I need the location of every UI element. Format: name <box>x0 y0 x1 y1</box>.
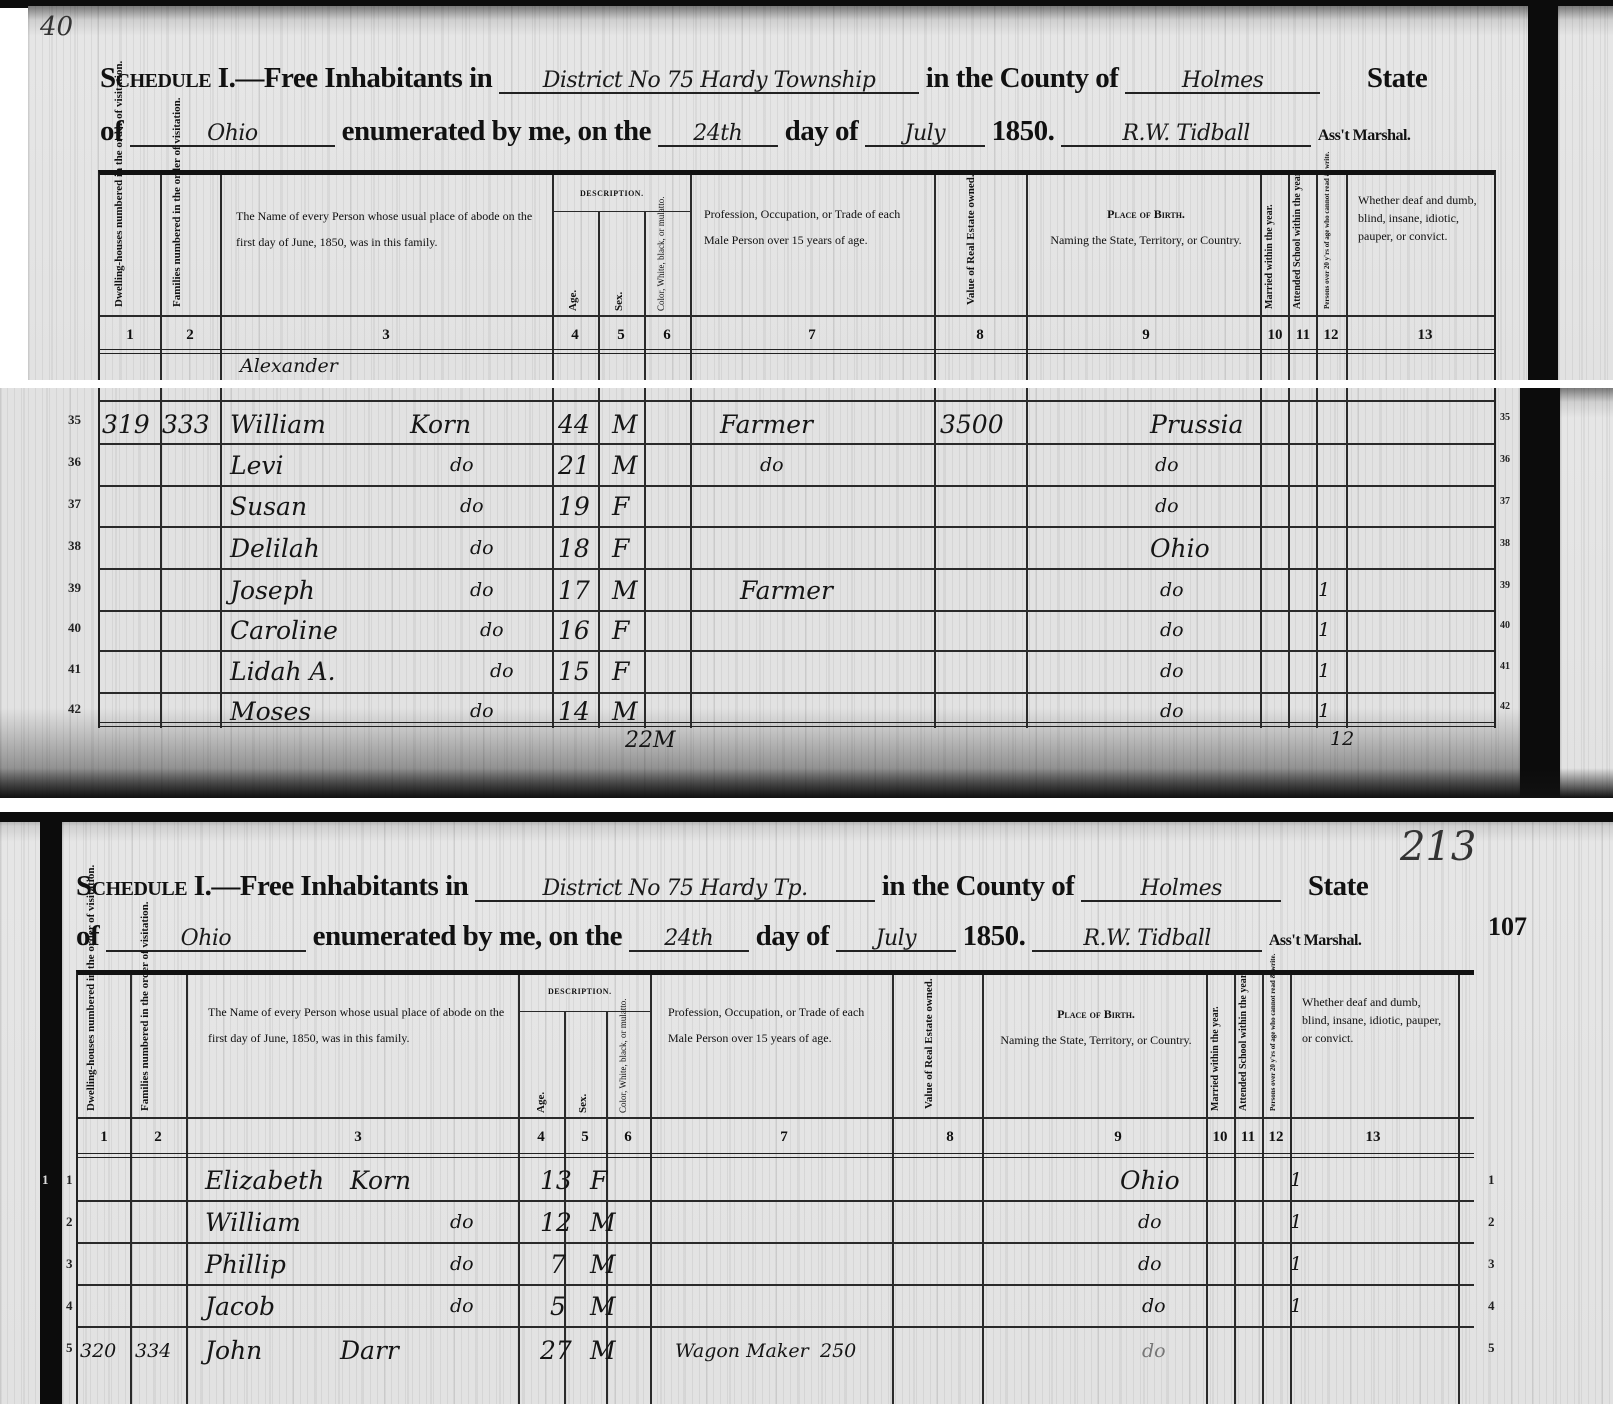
state-label: State <box>1367 62 1427 94</box>
line-number: 2 <box>66 1214 73 1230</box>
birthplace: do <box>1160 579 1184 601</box>
col-num-6: 6 <box>657 327 677 344</box>
person-age: 21 <box>558 451 590 480</box>
person-sex: M <box>590 1208 616 1237</box>
month-field: July <box>836 927 956 952</box>
line-number: 39 <box>68 580 81 596</box>
header-color: Color, White, black, or mulatto. <box>618 1015 629 1113</box>
schedule-title-line-1: Schedule I.—Free Inhabitants in District… <box>76 870 1368 903</box>
line-number: 38 <box>68 538 81 554</box>
header-occupation: Profession, Occupation, or Trade of each… <box>668 999 883 1051</box>
marshal-field: R.W. Tidball <box>1061 122 1311 147</box>
line-number-right: 41 <box>1500 661 1510 672</box>
col-num-11: 11 <box>1235 1129 1261 1146</box>
person-surname: Korn <box>350 1166 411 1195</box>
person-age: 16 <box>558 616 590 645</box>
header-married: Married within the year. <box>1210 985 1221 1111</box>
person-occupation: do <box>760 454 784 476</box>
line-number: 37 <box>68 496 81 512</box>
birthplace: do <box>1155 454 1179 476</box>
ditto-mark: do <box>450 1253 474 1275</box>
school-mark: 1 <box>1290 1211 1302 1233</box>
marshal-label: Ass't Marshal. <box>1269 932 1362 949</box>
line-number: 5 <box>66 1340 73 1356</box>
bottom-page-strip: 213 107 Schedule I.—Free Inhabitants in … <box>0 812 1613 1404</box>
day-field: 24th <box>658 122 778 147</box>
dwelling-number: 320 <box>80 1340 116 1362</box>
header-families: Families numbered in the order of visita… <box>140 989 151 1111</box>
header-sex: Sex. <box>614 267 625 311</box>
county-label: in the County of <box>882 870 1075 902</box>
col-num-13: 13 <box>1412 327 1438 344</box>
person-name: Susan <box>230 492 307 521</box>
strip-separator <box>0 798 1613 812</box>
enumerated-label: enumerated by me, on the <box>313 920 622 952</box>
year-label: 1850. <box>963 920 1026 952</box>
birthplace: do <box>1142 1340 1166 1362</box>
tally-age-sex: 22M <box>625 728 676 753</box>
person-name: Elizabeth <box>205 1166 324 1195</box>
person-age: 5 <box>550 1292 566 1321</box>
line-number: 42 <box>68 701 81 717</box>
county-label: in the County of <box>926 62 1119 94</box>
birthplace: do <box>1160 700 1184 722</box>
person-name: Lidah A. <box>230 657 336 686</box>
person-age: 7 <box>550 1250 566 1279</box>
col-num-1: 1 <box>94 1129 114 1146</box>
header-real-estate: Value of Real Estate owned. <box>966 185 977 305</box>
marshal-label: Ass't Marshal. <box>1318 127 1411 144</box>
line-number-right: 37 <box>1500 496 1510 507</box>
line-number-right: 4 <box>1488 1298 1495 1314</box>
school-mark: 1 <box>1290 1295 1302 1317</box>
person-name: William <box>230 410 326 439</box>
line-number-right: 1 <box>1488 1172 1495 1188</box>
adjacent-page-edge <box>1558 6 1613 380</box>
real-estate-value: 250 <box>820 1340 856 1362</box>
person-sex: F <box>612 657 629 686</box>
school-mark: 1 <box>1318 619 1330 641</box>
col-num-2: 2 <box>148 1129 168 1146</box>
person-sex: M <box>612 410 638 439</box>
person-name: Caroline <box>230 616 338 645</box>
corner-note: 40 <box>40 12 73 42</box>
previous-page-edge <box>0 812 40 1404</box>
enumerated-label: enumerated by me, on the <box>342 115 651 147</box>
person-name: John <box>205 1336 262 1365</box>
header-dwelling-houses: Dwelling-houses numbered in the order of… <box>114 187 125 307</box>
birthplace: do <box>1160 660 1184 682</box>
school-mark: 1 <box>1290 1253 1302 1275</box>
place-of-birth-desc: Naming the State, Territory, or Country. <box>1046 227 1246 253</box>
real-estate-value: 3500 <box>940 410 1004 439</box>
col-num-7: 7 <box>774 1129 794 1146</box>
page-gutter <box>1528 0 1558 380</box>
birthplace: Ohio <box>1120 1166 1180 1195</box>
col-num-9: 9 <box>1136 327 1156 344</box>
family-number: 334 <box>135 1340 171 1362</box>
birthplace: Ohio <box>1150 534 1210 563</box>
person-name: William <box>205 1208 301 1237</box>
day-of-label: day of <box>785 115 859 147</box>
line-number-right: 39 <box>1500 580 1510 591</box>
person-sex: F <box>612 534 629 563</box>
page-stamp: 213 <box>1400 824 1476 870</box>
county-field: Holmes <box>1125 69 1320 94</box>
ditto-mark: do <box>470 579 494 601</box>
person-sex: M <box>612 451 638 480</box>
free-inhabitants-label: —Free Inhabitants in <box>211 870 468 902</box>
top-page-header-strip: 40 Schedule I.—Free Inhabitants in Distr… <box>0 0 1613 380</box>
birthplace: do <box>1155 495 1179 517</box>
person-name: Jacob <box>205 1292 275 1321</box>
state-field: Ohio <box>106 927 306 952</box>
line-number: 4 <box>66 1298 73 1314</box>
person-surname: Darr <box>340 1336 399 1365</box>
partial-row-name: Alexander <box>240 355 338 377</box>
page-gutter <box>40 812 62 1404</box>
person-sex: F <box>612 492 629 521</box>
birthplace: do <box>1138 1253 1162 1275</box>
birthplace: Prussia <box>1150 410 1243 439</box>
header-real-estate: Value of Real Estate owned. <box>924 985 935 1109</box>
col-num-8: 8 <box>970 327 990 344</box>
district-field: District No 75 Hardy Tp. <box>475 877 875 902</box>
middle-rows-strip: 35 36 37 38 39 40 41 42 35 36 37 38 39 4… <box>0 388 1613 798</box>
school-mark: 1 <box>1318 700 1330 722</box>
person-sex: F <box>590 1166 607 1195</box>
school-mark: 1 <box>1318 660 1330 682</box>
ditto-mark: do <box>480 619 504 641</box>
header-color: Color, White, black, or mulatto. <box>656 215 667 311</box>
ditto-mark: do <box>460 495 484 517</box>
ditto-mark: do <box>450 454 474 476</box>
col-num-3: 3 <box>348 1129 368 1146</box>
person-age: 13 <box>540 1166 572 1195</box>
person-name: Joseph <box>230 576 315 605</box>
place-of-birth-title: Place of Birth. <box>1046 201 1246 227</box>
birthplace: do <box>1142 1295 1166 1317</box>
ditto-mark: do <box>450 1211 474 1233</box>
free-inhabitants-label: —Free Inhabitants in <box>235 62 492 94</box>
person-sex: M <box>590 1336 616 1365</box>
person-age: 15 <box>558 657 590 686</box>
person-occupation: Farmer <box>740 576 833 605</box>
day-of-label: day of <box>756 920 830 952</box>
state-field: Ohio <box>130 122 335 147</box>
page-margin-right <box>1532 812 1613 1404</box>
line-number-right: 5 <box>1488 1340 1495 1356</box>
scan-shadow <box>0 768 1613 798</box>
month-field: July <box>865 122 985 147</box>
header-description: DESCRIPTION. <box>548 987 612 996</box>
col-num-12: 12 <box>1263 1129 1289 1146</box>
line-number-right: 40 <box>1500 620 1510 631</box>
col-num-1: 1 <box>120 327 140 344</box>
person-age: 14 <box>558 697 590 726</box>
header-place-of-birth: Place of Birth. Naming the State, Territ… <box>1046 201 1246 253</box>
state-label: State <box>1308 870 1368 902</box>
place-of-birth-desc: Naming the State, Territory, or Country. <box>996 1027 1196 1053</box>
line-number-right: 2 <box>1488 1214 1495 1230</box>
header-name: The Name of every Person whose usual pla… <box>208 999 508 1051</box>
header-families: Families numbered in the order of visita… <box>172 187 183 307</box>
header-description: DESCRIPTION. <box>580 189 644 198</box>
strip-separator <box>0 380 1613 388</box>
person-age: 12 <box>540 1208 572 1237</box>
ditto-mark: do <box>490 660 514 682</box>
line-number: 1 <box>66 1172 73 1188</box>
header-married: Married within the year. <box>1264 185 1275 309</box>
col-num-12: 12 <box>1318 327 1344 344</box>
person-sex: M <box>590 1292 616 1321</box>
line-number: 40 <box>68 620 81 636</box>
header-occupation: Profession, Occupation, or Trade of each… <box>704 201 924 253</box>
person-age: 44 <box>558 410 590 439</box>
person-name: Moses <box>230 697 311 726</box>
line-number-right: 3 <box>1488 1256 1495 1272</box>
person-age: 17 <box>558 576 590 605</box>
birthplace: do <box>1160 619 1184 641</box>
line-number: 41 <box>68 661 81 677</box>
birthplace: do <box>1138 1211 1162 1233</box>
col-num-10: 10 <box>1207 1129 1233 1146</box>
header-dwelling-houses: Dwelling-houses numbered in the order of… <box>86 989 97 1111</box>
ditto-mark: do <box>470 537 494 559</box>
col-num-5: 5 <box>575 1129 595 1146</box>
person-sex: M <box>612 576 638 605</box>
person-age: 27 <box>540 1336 572 1365</box>
line-number: 36 <box>68 454 81 470</box>
day-field: 24th <box>629 927 749 952</box>
line-number: 3 <box>66 1256 73 1272</box>
family-number: 333 <box>162 410 210 439</box>
col-num-5: 5 <box>611 327 631 344</box>
ditto-mark: do <box>470 700 494 722</box>
school-mark: 1 <box>1318 579 1330 601</box>
col-num-8: 8 <box>940 1129 960 1146</box>
schedule-title-line-1: Schedule I.—Free Inhabitants in District… <box>100 62 1427 95</box>
adjacent-page-edge <box>1560 388 1613 798</box>
header-illiterate: Persons over 20 y'rs of age who cannot r… <box>1268 979 1279 1111</box>
page-number: 107 <box>1488 912 1527 942</box>
header-sex: Sex. <box>578 1069 589 1113</box>
dwelling-number: 319 <box>102 410 150 439</box>
col-num-13: 13 <box>1360 1129 1386 1146</box>
header-age: Age. <box>536 1069 547 1113</box>
header-age: Age. <box>568 267 579 311</box>
scan-edge <box>0 812 1613 822</box>
year-label: 1850. <box>992 115 1055 147</box>
header-illiterate: Persons over 20 y'rs of age who cannot r… <box>1322 179 1333 309</box>
header-school: Attended School within the year. <box>1238 985 1249 1111</box>
header-school: Attended School within the year. <box>1292 185 1303 309</box>
person-age: 18 <box>558 534 590 563</box>
tally-school: 12 <box>1330 728 1354 750</box>
schedule-title-line-2: of Ohio enumerated by me, on the 24th da… <box>100 115 1410 148</box>
line-number: 35 <box>68 412 81 428</box>
header-name: The Name of every Person whose usual pla… <box>236 203 536 255</box>
place-of-birth-title: Place of Birth. <box>996 1001 1196 1027</box>
header-place-of-birth: Place of Birth. Naming the State, Territ… <box>996 1001 1196 1053</box>
line-number-right: 36 <box>1500 454 1510 465</box>
person-surname: Korn <box>410 410 471 439</box>
line-number-right: 35 <box>1500 412 1510 423</box>
col-num-10: 10 <box>1262 327 1288 344</box>
col-num-4: 4 <box>565 327 585 344</box>
marshal-field: R.W. Tidball <box>1032 927 1262 952</box>
header-infirmity: Whether deaf and dumb, blind, insane, id… <box>1302 993 1447 1047</box>
col-num-11: 11 <box>1290 327 1316 344</box>
col-num-4: 4 <box>531 1129 551 1146</box>
person-occupation: Farmer <box>720 410 813 439</box>
county-field: Holmes <box>1081 877 1281 902</box>
ditto-mark: do <box>450 1295 474 1317</box>
line-number-right: 38 <box>1500 538 1510 549</box>
school-mark: 1 <box>1290 1169 1302 1191</box>
person-sex: M <box>590 1250 616 1279</box>
col-num-7: 7 <box>802 327 822 344</box>
person-name: Delilah <box>230 534 320 563</box>
col-num-9: 9 <box>1108 1129 1128 1146</box>
col-num-2: 2 <box>180 327 200 344</box>
person-name: Levi <box>230 451 284 480</box>
page-gutter <box>1520 388 1560 798</box>
schedule-title-line-2: of Ohio enumerated by me, on the 24th da… <box>76 920 1361 953</box>
line-number: 1 <box>42 1172 49 1188</box>
header-infirmity: Whether deaf and dumb, blind, insane, id… <box>1358 191 1488 245</box>
person-name: Phillip <box>205 1250 286 1279</box>
district-field: District No 75 Hardy Township <box>499 69 919 94</box>
col-num-3: 3 <box>376 327 396 344</box>
person-sex: F <box>612 616 629 645</box>
person-occupation: Wagon Maker <box>675 1340 809 1362</box>
person-sex: M <box>612 697 638 726</box>
column-header-grid: Dwelling-houses numbered in the order of… <box>98 170 1496 380</box>
line-number-right: 42 <box>1500 701 1510 712</box>
person-age: 19 <box>558 492 590 521</box>
col-num-6: 6 <box>618 1129 638 1146</box>
